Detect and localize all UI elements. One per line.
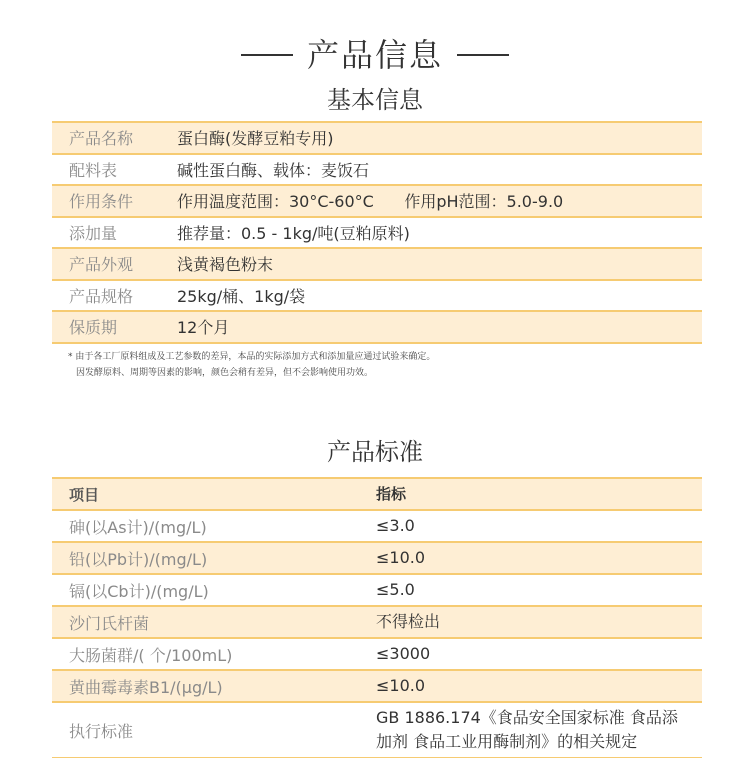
row-label: 添加量 xyxy=(52,221,177,244)
title-dash-left xyxy=(241,54,293,56)
row-item: 大肠菌群/( 个/100mL) xyxy=(52,643,376,666)
page-title-text: 产品信息 xyxy=(307,36,443,74)
table-row: 保质期 12个月 xyxy=(52,312,702,344)
row-value: 25kg/桶、1kg/袋 xyxy=(177,284,702,307)
row-item: 沙门氏杆菌 xyxy=(52,611,376,634)
row-item: 砷(以As计)/(mg/L) xyxy=(52,515,376,538)
row-label: 保质期 xyxy=(52,315,177,338)
row-value: 推荐量：0.5 - 1kg/吨(豆粕原料) xyxy=(177,221,702,244)
row-value: 蛋白酶(发酵豆粕专用) xyxy=(177,126,702,149)
table-row: 产品名称 蛋白酶(发酵豆粕专用) xyxy=(52,121,702,155)
basic-info-table: 产品名称 蛋白酶(发酵豆粕专用) 配料表 碱性蛋白酶、载体：麦饭石 作用条件 作… xyxy=(52,121,702,344)
row-item: 镉(以Cb计)/(mg/L) xyxy=(52,579,376,602)
row-index: ≤5.0 xyxy=(376,578,702,602)
basic-info-title: 基本信息 xyxy=(0,80,750,115)
row-item: 铅(以Pb计)/(mg/L) xyxy=(52,547,376,570)
table-row: 作用条件 作用温度范围：30°C-60°C 作用pH范围：5.0-9.0 xyxy=(52,186,702,218)
row-value: 12个月 xyxy=(177,315,702,338)
row-index: ≤3000 xyxy=(376,642,702,666)
row-item: 执行标准 xyxy=(52,719,376,742)
row-label: 作用条件 xyxy=(52,189,177,212)
row-label: 产品规格 xyxy=(52,284,177,307)
footnote: * 由于各工厂原料组成及工艺参数的差异，本品的实际添加方式和添加量应通过试验来确… xyxy=(68,349,435,381)
row-value: 浅黄褐色粉末 xyxy=(177,252,702,275)
standards-title: 产品标准 xyxy=(0,432,750,467)
row-label: 配料表 xyxy=(52,158,177,181)
page-title: 产品信息 xyxy=(0,30,750,76)
table-row: 添加量 推荐量：0.5 - 1kg/吨(豆粕原料) xyxy=(52,218,702,250)
standards-table: 项目 指标 砷(以As计)/(mg/L) ≤3.0 铅(以Pb计)/(mg/L)… xyxy=(52,477,702,758)
table-row: 沙门氏杆菌 不得检出 xyxy=(52,607,702,639)
table-row: 砷(以As计)/(mg/L) ≤3.0 xyxy=(52,511,702,543)
table-header: 项目 指标 xyxy=(52,477,702,511)
row-label: 产品外观 xyxy=(52,252,177,275)
table-row: 铅(以Pb计)/(mg/L) ≤10.0 xyxy=(52,543,702,575)
title-dash-right xyxy=(457,54,509,56)
row-value: 碱性蛋白酶、载体：麦饭石 xyxy=(177,158,702,181)
footnote-line-2: 因发酵原料、周期等因素的影响，颜色会稍有差异，但不会影响使用功效。 xyxy=(68,365,435,381)
row-item: 黄曲霉毒素B1/(μg/L) xyxy=(52,675,376,698)
header-index: 指标 xyxy=(376,482,702,506)
table-row: 产品规格 25kg/桶、1kg/袋 xyxy=(52,281,702,313)
table-row: 镉(以Cb计)/(mg/L) ≤5.0 xyxy=(52,575,702,607)
table-row: 产品外观 浅黄褐色粉末 xyxy=(52,249,702,281)
row-index: ≤3.0 xyxy=(376,514,702,538)
row-index: ≤10.0 xyxy=(376,674,702,698)
footnote-line-1: * 由于各工厂原料组成及工艺参数的差异，本品的实际添加方式和添加量应通过试验来确… xyxy=(68,349,435,365)
header-item: 项目 xyxy=(52,484,376,505)
row-index: GB 1886.174《食品安全国家标准 食品添加剂 食品工业用酶制剂》的相关规… xyxy=(376,706,702,754)
table-row: 黄曲霉毒素B1/(μg/L) ≤10.0 xyxy=(52,671,702,703)
table-row: 大肠菌群/( 个/100mL) ≤3000 xyxy=(52,639,702,671)
row-index: ≤10.0 xyxy=(376,546,702,570)
table-row: 执行标准 GB 1886.174《食品安全国家标准 食品添加剂 食品工业用酶制剂… xyxy=(52,703,702,758)
table-row: 配料表 碱性蛋白酶、载体：麦饭石 xyxy=(52,155,702,187)
row-value: 作用温度范围：30°C-60°C 作用pH范围：5.0-9.0 xyxy=(177,189,702,212)
row-label: 产品名称 xyxy=(52,126,177,149)
row-index: 不得检出 xyxy=(376,610,702,634)
